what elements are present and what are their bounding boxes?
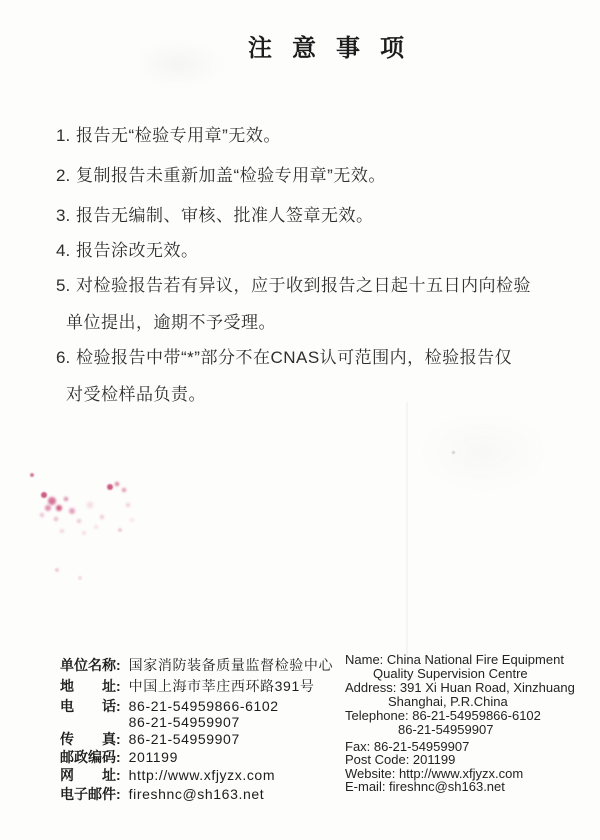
contact-en-line: Shanghai, P.R.China xyxy=(388,694,508,709)
scan-wisp xyxy=(418,418,548,493)
notice-item: 1.报告无“检验专用章”无效。 xyxy=(56,124,281,148)
contact-value: 中国上海市莘庄西环路391号 xyxy=(129,678,315,694)
contact-colon: : xyxy=(116,678,121,694)
scan-wisp xyxy=(140,40,225,88)
notice-item: 2.复制报告未重新加盖“检验专用章”无效。 xyxy=(56,164,386,188)
contact-colon: : xyxy=(116,657,121,673)
contact-row: 电子邮件:fireshnc@sh163.net xyxy=(60,785,264,803)
scan-speck xyxy=(452,451,455,454)
contact-en-line: E-mail: fireshnc@sh163.net xyxy=(345,779,505,794)
notice-item: 3.报告无编制、审核、批准人签章无效。 xyxy=(56,204,374,228)
contact-label: 网址 xyxy=(60,766,116,784)
contact-colon: : xyxy=(116,767,121,783)
notice-text: 检验报告中带“*”部分不在CNAS认可范围内，检验报告仅 xyxy=(76,348,512,367)
contact-en-line: Name: China National Fire Equipment xyxy=(345,652,564,667)
contact-row: 传真:86-21-54959907 xyxy=(60,730,240,748)
contact-en-line: Quality Supervision Centre xyxy=(373,666,528,681)
notice-number: 6. xyxy=(56,346,76,370)
red-stamp-smudge xyxy=(30,473,34,477)
contact-label: 地址 xyxy=(60,677,116,695)
scanned-notice-page: { "page": { "title": "注意事项" }, "notices"… xyxy=(0,0,600,840)
contact-value: 86-21-54959866-6102 xyxy=(129,698,279,714)
contact-label: 传真 xyxy=(60,730,116,748)
contact-colon: : xyxy=(116,731,121,747)
notice-line-continuation: 单位提出，逾期不予受理。 xyxy=(56,311,276,335)
notice-number: 1. xyxy=(56,124,76,148)
scan-streak xyxy=(406,402,408,657)
contact-label: 邮政编码 xyxy=(60,748,116,766)
notice-item: 6.检验报告中带“*”部分不在CNAS认可范围内，检验报告仅 xyxy=(56,346,512,370)
notice-number: 3. xyxy=(56,204,76,228)
notice-text: 报告无编制、审核、批准人签章无效。 xyxy=(76,206,374,225)
contact-value: 201199 xyxy=(129,749,178,765)
contact-value: 国家消防装备质量监督检验中心 xyxy=(129,657,333,673)
contact-row: 地址:中国上海市莘庄西环路391号 xyxy=(60,677,314,695)
contact-colon: : xyxy=(116,698,121,714)
notice-number: 5. xyxy=(56,274,76,298)
contact-value: http://www.xfjyzx.com xyxy=(129,767,275,783)
notice-text: 对受检样品负责。 xyxy=(66,385,206,404)
contact-row: 网址:http://www.xfjyzx.com xyxy=(60,766,275,784)
contact-value: 86-21-54959907 xyxy=(129,714,240,730)
notice-text: 报告涂改无效。 xyxy=(76,241,199,260)
notice-item: 5.对检验报告若有异议，应于收到报告之日起十五日内向检验 xyxy=(56,274,531,298)
notice-number: 4. xyxy=(56,239,76,263)
contact-en-line: 86-21-54959907 xyxy=(398,722,493,737)
contact-row: 邮政编码:201199 xyxy=(60,748,178,766)
page-title: 注意事项 xyxy=(248,36,424,62)
notice-text: 对检验报告若有异议，应于收到报告之日起十五日内向检验 xyxy=(76,276,531,295)
contact-colon: : xyxy=(116,786,121,802)
contact-en-line: Address: 391 Xi Huan Road, Xinzhuang xyxy=(345,680,575,695)
contact-colon: : xyxy=(116,749,121,765)
contact-row: :86-21-54959907 xyxy=(60,713,240,731)
contact-label: 单位名称 xyxy=(60,656,116,674)
notice-line-continuation: 对受检样品负责。 xyxy=(56,383,206,407)
notice-text: 报告无“检验专用章”无效。 xyxy=(76,126,281,145)
notice-text: 复制报告未重新加盖“检验专用章”无效。 xyxy=(76,166,386,185)
contact-value: 86-21-54959907 xyxy=(129,731,240,747)
notice-item: 4.报告涂改无效。 xyxy=(56,239,199,263)
contact-en-line: Telephone: 86-21-54959866-6102 xyxy=(345,708,541,723)
contact-value: fireshnc@sh163.net xyxy=(129,786,265,802)
contact-label: 电子邮件 xyxy=(60,785,116,803)
contact-en-line: Post Code: 201199 xyxy=(345,752,455,767)
contact-row: 单位名称:国家消防装备质量监督检验中心 xyxy=(60,656,333,674)
notice-number: 2. xyxy=(56,164,76,188)
notice-text: 单位提出，逾期不予受理。 xyxy=(66,313,276,332)
